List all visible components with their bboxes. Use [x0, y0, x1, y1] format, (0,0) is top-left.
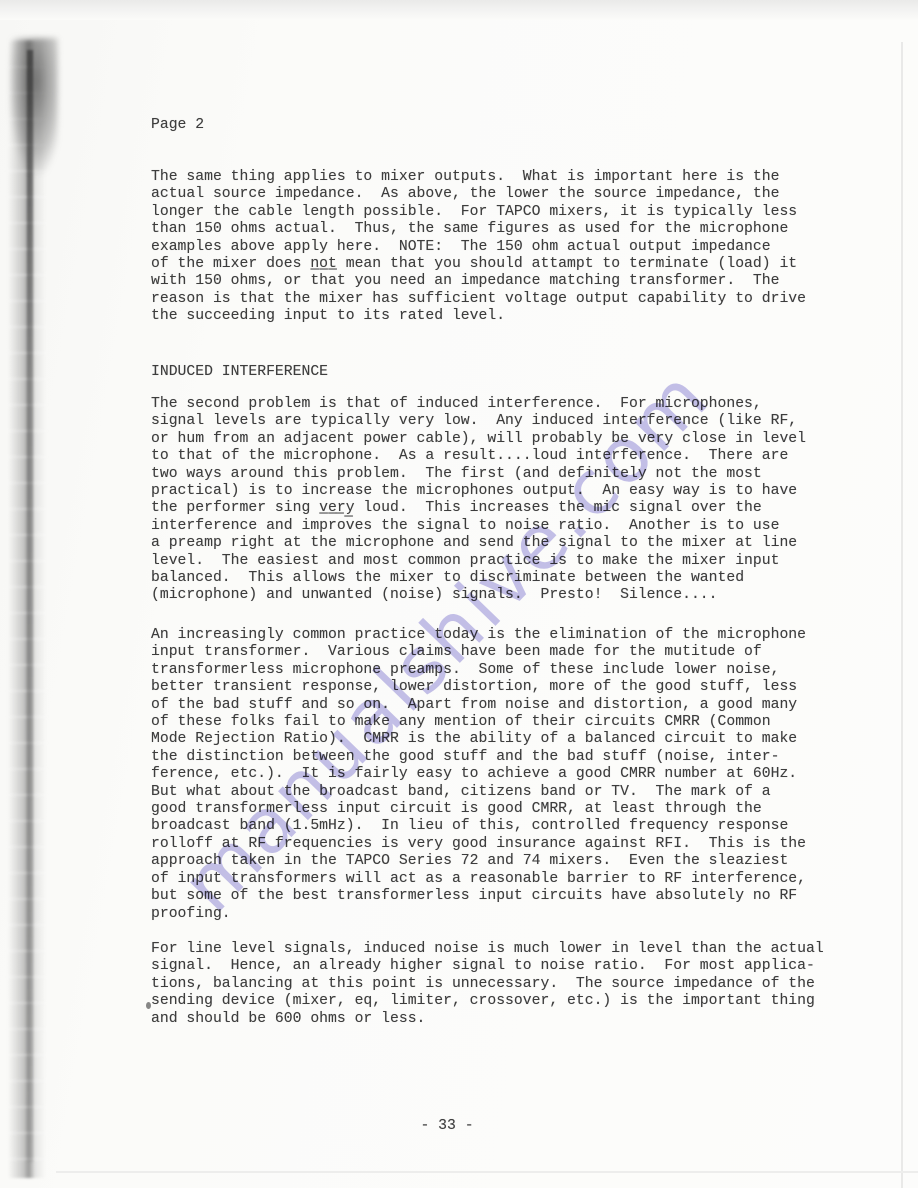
text-line: good transformerless input circuit is go…	[151, 801, 806, 818]
text-line: better transient response, lower distort…	[151, 679, 806, 696]
text-line: or hum from an adjacent power cable), wi…	[151, 431, 806, 448]
text-line: tions, balancing at this point is unnece…	[151, 976, 824, 993]
text-line: and should be 600 ohms or less.	[151, 1011, 824, 1028]
text-line: proofing.	[151, 906, 806, 923]
text-line: ference, etc.). It is fairly easy to ach…	[151, 766, 806, 783]
text-line: Mode Rejection Ratio). CMRR is the abili…	[151, 731, 806, 748]
text-line: rolloff at RF frequencies is very good i…	[151, 836, 806, 853]
text-line: An increasingly common practice today is…	[151, 627, 806, 644]
text-line: with 150 ohms, or that you need an imped…	[151, 273, 806, 290]
text-line: to that of the microphone. As a result..…	[151, 448, 806, 465]
text-line: the performer sing v̲e̲r̲y̲ loud. This i…	[151, 500, 806, 517]
scan-top-edge	[0, 0, 918, 20]
text-line: reason is that the mixer has sufficient …	[151, 291, 806, 308]
text-line: approach taken in the TAPCO Series 72 an…	[151, 853, 806, 870]
text-line: practical) is to increase the microphone…	[151, 483, 806, 500]
text-line: the distinction between the good stuff a…	[151, 749, 806, 766]
text-line: The same thing applies to mixer outputs.…	[151, 169, 806, 186]
text-line: two ways around this problem. The first …	[151, 466, 806, 483]
text-line: the succeeding input to its rated level.	[151, 308, 806, 325]
text-line: For line level signals, induced noise is…	[151, 941, 824, 958]
text-line: But what about the broadcast band, citiz…	[151, 784, 806, 801]
text-line: actual source impedance. As above, the l…	[151, 186, 806, 203]
scanned-page: Page 2 The same thing applies to mixer o…	[0, 0, 918, 1188]
text-line: interference and improves the signal to …	[151, 518, 806, 535]
text-line: sending device (mixer, eq, limiter, cros…	[151, 993, 824, 1010]
text-line: but some of the best transformerless inp…	[151, 888, 806, 905]
text-line: of the mixer does n̲o̲t̲ mean that you s…	[151, 256, 806, 273]
page-bottom-edge	[56, 1171, 918, 1173]
text-line: broadcast band (1.5mHz). In lieu of this…	[151, 818, 806, 835]
text-line: longer the cable length possible. For TA…	[151, 204, 806, 221]
section-heading: INDUCED INTERFERENCE	[151, 364, 328, 381]
paragraph-transformerless: An increasingly common practice today is…	[151, 627, 806, 923]
text-line: transformerless microphone preamps. Some…	[151, 662, 806, 679]
text-line: signal. Hence, an already higher signal …	[151, 958, 824, 975]
text-line: of input transformers will act as a reas…	[151, 871, 806, 888]
page-header: Page 2	[151, 117, 204, 134]
text-line: examples above apply here. NOTE: The 150…	[151, 239, 806, 256]
text-line: level. The easiest and most common pract…	[151, 553, 806, 570]
text-line: input transformer. Various claims have b…	[151, 644, 806, 661]
text-line: balanced. This allows the mixer to discr…	[151, 570, 806, 587]
binding-shadow-top	[10, 38, 58, 173]
text-line: (microphone) and unwanted (noise) signal…	[151, 587, 806, 604]
text-line: than 150 ohms actual. Thus, the same fig…	[151, 221, 806, 238]
page-number: - 33 -	[150, 1118, 744, 1135]
text-line: of these folks fail to make any mention …	[151, 714, 806, 731]
paragraph-line-level: For line level signals, induced noise is…	[151, 941, 824, 1028]
paragraph-mixer-outputs: The same thing applies to mixer outputs.…	[151, 169, 806, 326]
text-line: of the bad stuff and so on. Apart from n…	[151, 697, 806, 714]
text-line: a preamp right at the microphone and sen…	[151, 535, 806, 552]
paragraph-induced-interference: The second problem is that of induced in…	[151, 396, 806, 605]
text-line: signal levels are typically very low. An…	[151, 413, 806, 430]
text-line: The second problem is that of induced in…	[151, 396, 806, 413]
page-right-edge	[901, 42, 903, 1188]
binding-shadow-core	[27, 50, 33, 1162]
